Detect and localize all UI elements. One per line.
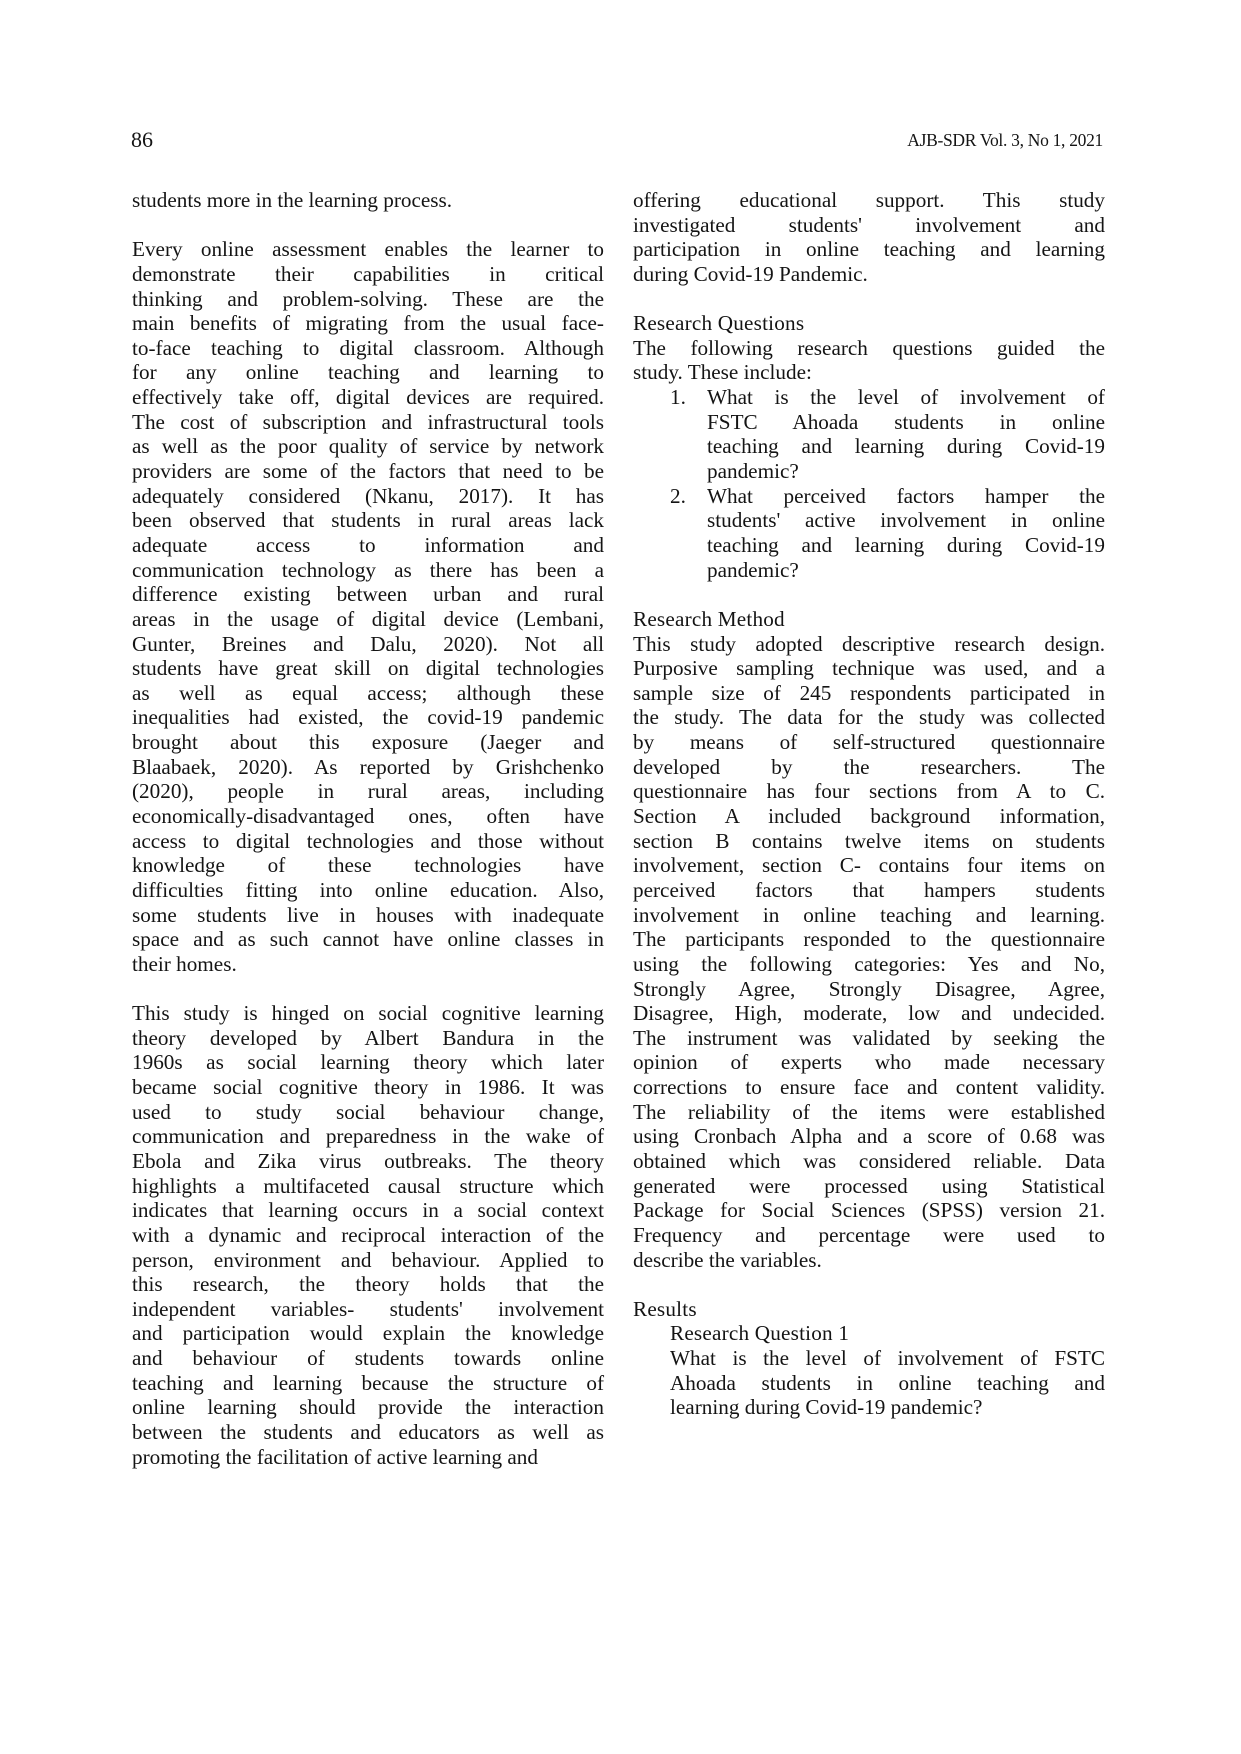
text-line: the study. The data for the study was co… <box>633 705 1105 730</box>
text-line: opinion of experts who made necessary <box>633 1050 1105 1075</box>
text-line: became social cognitive theory in 1986. … <box>132 1075 604 1100</box>
text-line: The reliability of the items were establ… <box>633 1100 1105 1125</box>
list-number: 2. <box>670 484 686 509</box>
text-line: used to study social behaviour change, <box>132 1100 604 1125</box>
text-line: learning during Covid-19 pandemic? <box>670 1395 1105 1420</box>
subsection-heading: Research Question 1 <box>670 1321 1105 1346</box>
text-line: as well as equal access; although these <box>132 681 604 706</box>
text-line: This study is hinged on social cognitive… <box>132 1001 604 1026</box>
text-line: this research, the theory holds that the <box>132 1272 604 1297</box>
results-subsection: Research Question 1 What is the level of… <box>633 1321 1105 1420</box>
text-line: students more in the learning process. <box>132 188 604 213</box>
text-line: Disagree, High, moderate, low and undeci… <box>633 1001 1105 1026</box>
text-line: perceived factors that hampers students <box>633 878 1105 903</box>
text-line: adequate access to information and <box>132 533 604 558</box>
paragraph-online-assessment: Every online assessment enables the lear… <box>132 237 604 976</box>
text-line: involvement, section C- contains four it… <box>633 853 1105 878</box>
paragraph-continuation: students more in the learning process. <box>132 188 604 213</box>
text-line: and participation would explain the know… <box>132 1321 604 1346</box>
text-line: using Cronbach Alpha and a score of 0.68… <box>633 1124 1105 1149</box>
text-line: access to digital technologies and those… <box>132 829 604 854</box>
text-line: Ebola and Zika virus outbreaks. The theo… <box>132 1149 604 1174</box>
text-line: participation in online teaching and lea… <box>633 237 1105 262</box>
text-line: difference existing between urban and ru… <box>132 582 604 607</box>
section-research-questions: Research Questions The following researc… <box>633 311 1105 582</box>
text-line: effectively take off, digital devices ar… <box>132 385 604 410</box>
research-method-body: This study adopted descriptive research … <box>633 632 1105 1273</box>
text-line: demonstrate their capabilities in critic… <box>132 262 604 287</box>
section-heading: Research Questions <box>633 311 1105 336</box>
text-line: obtained which was considered reliable. … <box>633 1149 1105 1174</box>
section-heading: Research Method <box>633 607 1105 632</box>
text-line: teaching and learning during Covid-19 <box>707 533 1105 558</box>
text-line: knowledge of these technologies have <box>132 853 604 878</box>
text-line: students have great skill on digital tec… <box>132 656 604 681</box>
section-heading: Results <box>633 1297 1105 1322</box>
text-line: by means of self-structured questionnair… <box>633 730 1105 755</box>
text-line: This study adopted descriptive research … <box>633 632 1105 657</box>
text-line: highlights a multifaceted causal structu… <box>132 1174 604 1199</box>
text-line: describe the variables. <box>633 1248 1105 1273</box>
text-line: study. These include: <box>633 360 1105 385</box>
text-line: economically-disadvantaged ones, often h… <box>132 804 604 829</box>
text-line: questionnaire has four sections from A t… <box>633 779 1105 804</box>
text-line: to-face teaching to digital classroom. A… <box>132 336 604 361</box>
text-line: Every online assessment enables the lear… <box>132 237 604 262</box>
text-line: independent variables- students' involve… <box>132 1297 604 1322</box>
text-line: teaching and learning because the struct… <box>132 1371 604 1396</box>
text-line: communication technology as there has be… <box>132 558 604 583</box>
text-line: What is the level of involvement of <box>707 385 1105 410</box>
text-line: Frequency and percentage were used to <box>633 1223 1105 1248</box>
text-line: as well as the poor quality of service b… <box>132 434 604 459</box>
text-line: teaching and learning during Covid-19 <box>707 434 1105 459</box>
list-number: 1. <box>670 385 686 410</box>
text-line: The cost of subscription and infrastruct… <box>132 410 604 435</box>
research-question-item: 2. What perceived factors hamper thestud… <box>633 484 1105 583</box>
text-line: been observed that students in rural are… <box>132 508 604 533</box>
text-line: Gunter, Breines and Dalu, 2020). Not all <box>132 632 604 657</box>
text-line: space and as such cannot have online cla… <box>132 927 604 952</box>
text-line: Blaabaek, 2020). As reported by Grishche… <box>132 755 604 780</box>
text-line: with a dynamic and reciprocal interactio… <box>132 1223 604 1248</box>
text-line: promoting the facilitation of active lea… <box>132 1445 604 1470</box>
section-research-method: Research Method This study adopted descr… <box>633 607 1105 1272</box>
text-line: adequately considered (Nkanu, 2017). It … <box>132 484 604 509</box>
text-line: developed by the researchers. The <box>633 755 1105 780</box>
text-line: section B contains twelve items on stude… <box>633 829 1105 854</box>
text-line: Package for Social Sciences (SPSS) versi… <box>633 1198 1105 1223</box>
text-line: students' active involvement in online <box>707 508 1105 533</box>
text-line: pandemic? <box>707 558 1105 583</box>
research-question-item: 1. What is the level of involvement ofFS… <box>633 385 1105 484</box>
text-line: The participants responded to the questi… <box>633 927 1105 952</box>
text-line: some students live in houses with inadeq… <box>132 903 604 928</box>
text-line: during Covid-19 Pandemic. <box>633 262 1105 287</box>
text-line: What is the level of involvement of FSTC <box>670 1346 1105 1371</box>
text-line: Purposive sampling technique was used, a… <box>633 656 1105 681</box>
text-line: between the students and educators as we… <box>132 1420 604 1445</box>
text-line: The instrument was validated by seeking … <box>633 1026 1105 1051</box>
text-line: difficulties fitting into online educati… <box>132 878 604 903</box>
running-head: AJB-SDR Vol. 3, No 1, 2021 <box>907 128 1103 152</box>
text-line: sample size of 245 respondents participa… <box>633 681 1105 706</box>
text-line: theory developed by Albert Bandura in th… <box>132 1026 604 1051</box>
text-line: inequalities had existed, the covid-19 p… <box>132 705 604 730</box>
page-number: 86 <box>131 126 153 154</box>
text-line: What perceived factors hamper the <box>707 484 1105 509</box>
text-line: thinking and problem-solving. These are … <box>132 287 604 312</box>
text-line: FSTC Ahoada students in online <box>707 410 1105 435</box>
text-line: Strongly Agree, Strongly Disagree, Agree… <box>633 977 1105 1002</box>
text-line: offering educational support. This study <box>633 188 1105 213</box>
text-line: person, environment and behaviour. Appli… <box>132 1248 604 1273</box>
text-line: areas in the usage of digital device (Le… <box>132 607 604 632</box>
text-line: corrections to ensure face and content v… <box>633 1075 1105 1100</box>
text-line: pandemic? <box>707 459 1105 484</box>
text-line: 1960s as social learning theory which la… <box>132 1050 604 1075</box>
text-line: involvement in online teaching and learn… <box>633 903 1105 928</box>
text-line: main benefits of migrating from the usua… <box>132 311 604 336</box>
text-line: investigated students' involvement and <box>633 213 1105 238</box>
text-line: Ahoada students in online teaching and <box>670 1371 1105 1396</box>
paragraph-study-purpose: offering educational support. This study… <box>633 188 1105 287</box>
text-line: generated were processed using Statistic… <box>633 1174 1105 1199</box>
text-line: using the following categories: Yes and … <box>633 952 1105 977</box>
text-line: their homes. <box>132 952 604 977</box>
left-column: students more in the learning process. E… <box>132 188 604 1469</box>
text-line: communication and preparedness in the wa… <box>132 1124 604 1149</box>
text-line: indicates that learning occurs in a soci… <box>132 1198 604 1223</box>
text-line: brought about this exposure (Jaeger and <box>132 730 604 755</box>
text-line: for any online teaching and learning to <box>132 360 604 385</box>
text-line: The following research questions guided … <box>633 336 1105 361</box>
text-line: (2020), people in rural areas, including <box>132 779 604 804</box>
research-questions-intro: The following research questions guided … <box>633 336 1105 385</box>
paragraph-theoretical-framework: This study is hinged on social cognitive… <box>132 1001 604 1469</box>
results-question-text: What is the level of involvement of FSTC… <box>670 1346 1105 1420</box>
text-line: online learning should provide the inter… <box>132 1395 604 1420</box>
section-results: Results Research Question 1 What is the … <box>633 1297 1105 1420</box>
text-line: and behaviour of students towards online <box>132 1346 604 1371</box>
research-questions-list: 1. What is the level of involvement ofFS… <box>633 385 1105 582</box>
text-line: providers are some of the factors that n… <box>132 459 604 484</box>
text-line: Section A included background informatio… <box>633 804 1105 829</box>
right-column: offering educational support. This study… <box>633 188 1105 1420</box>
